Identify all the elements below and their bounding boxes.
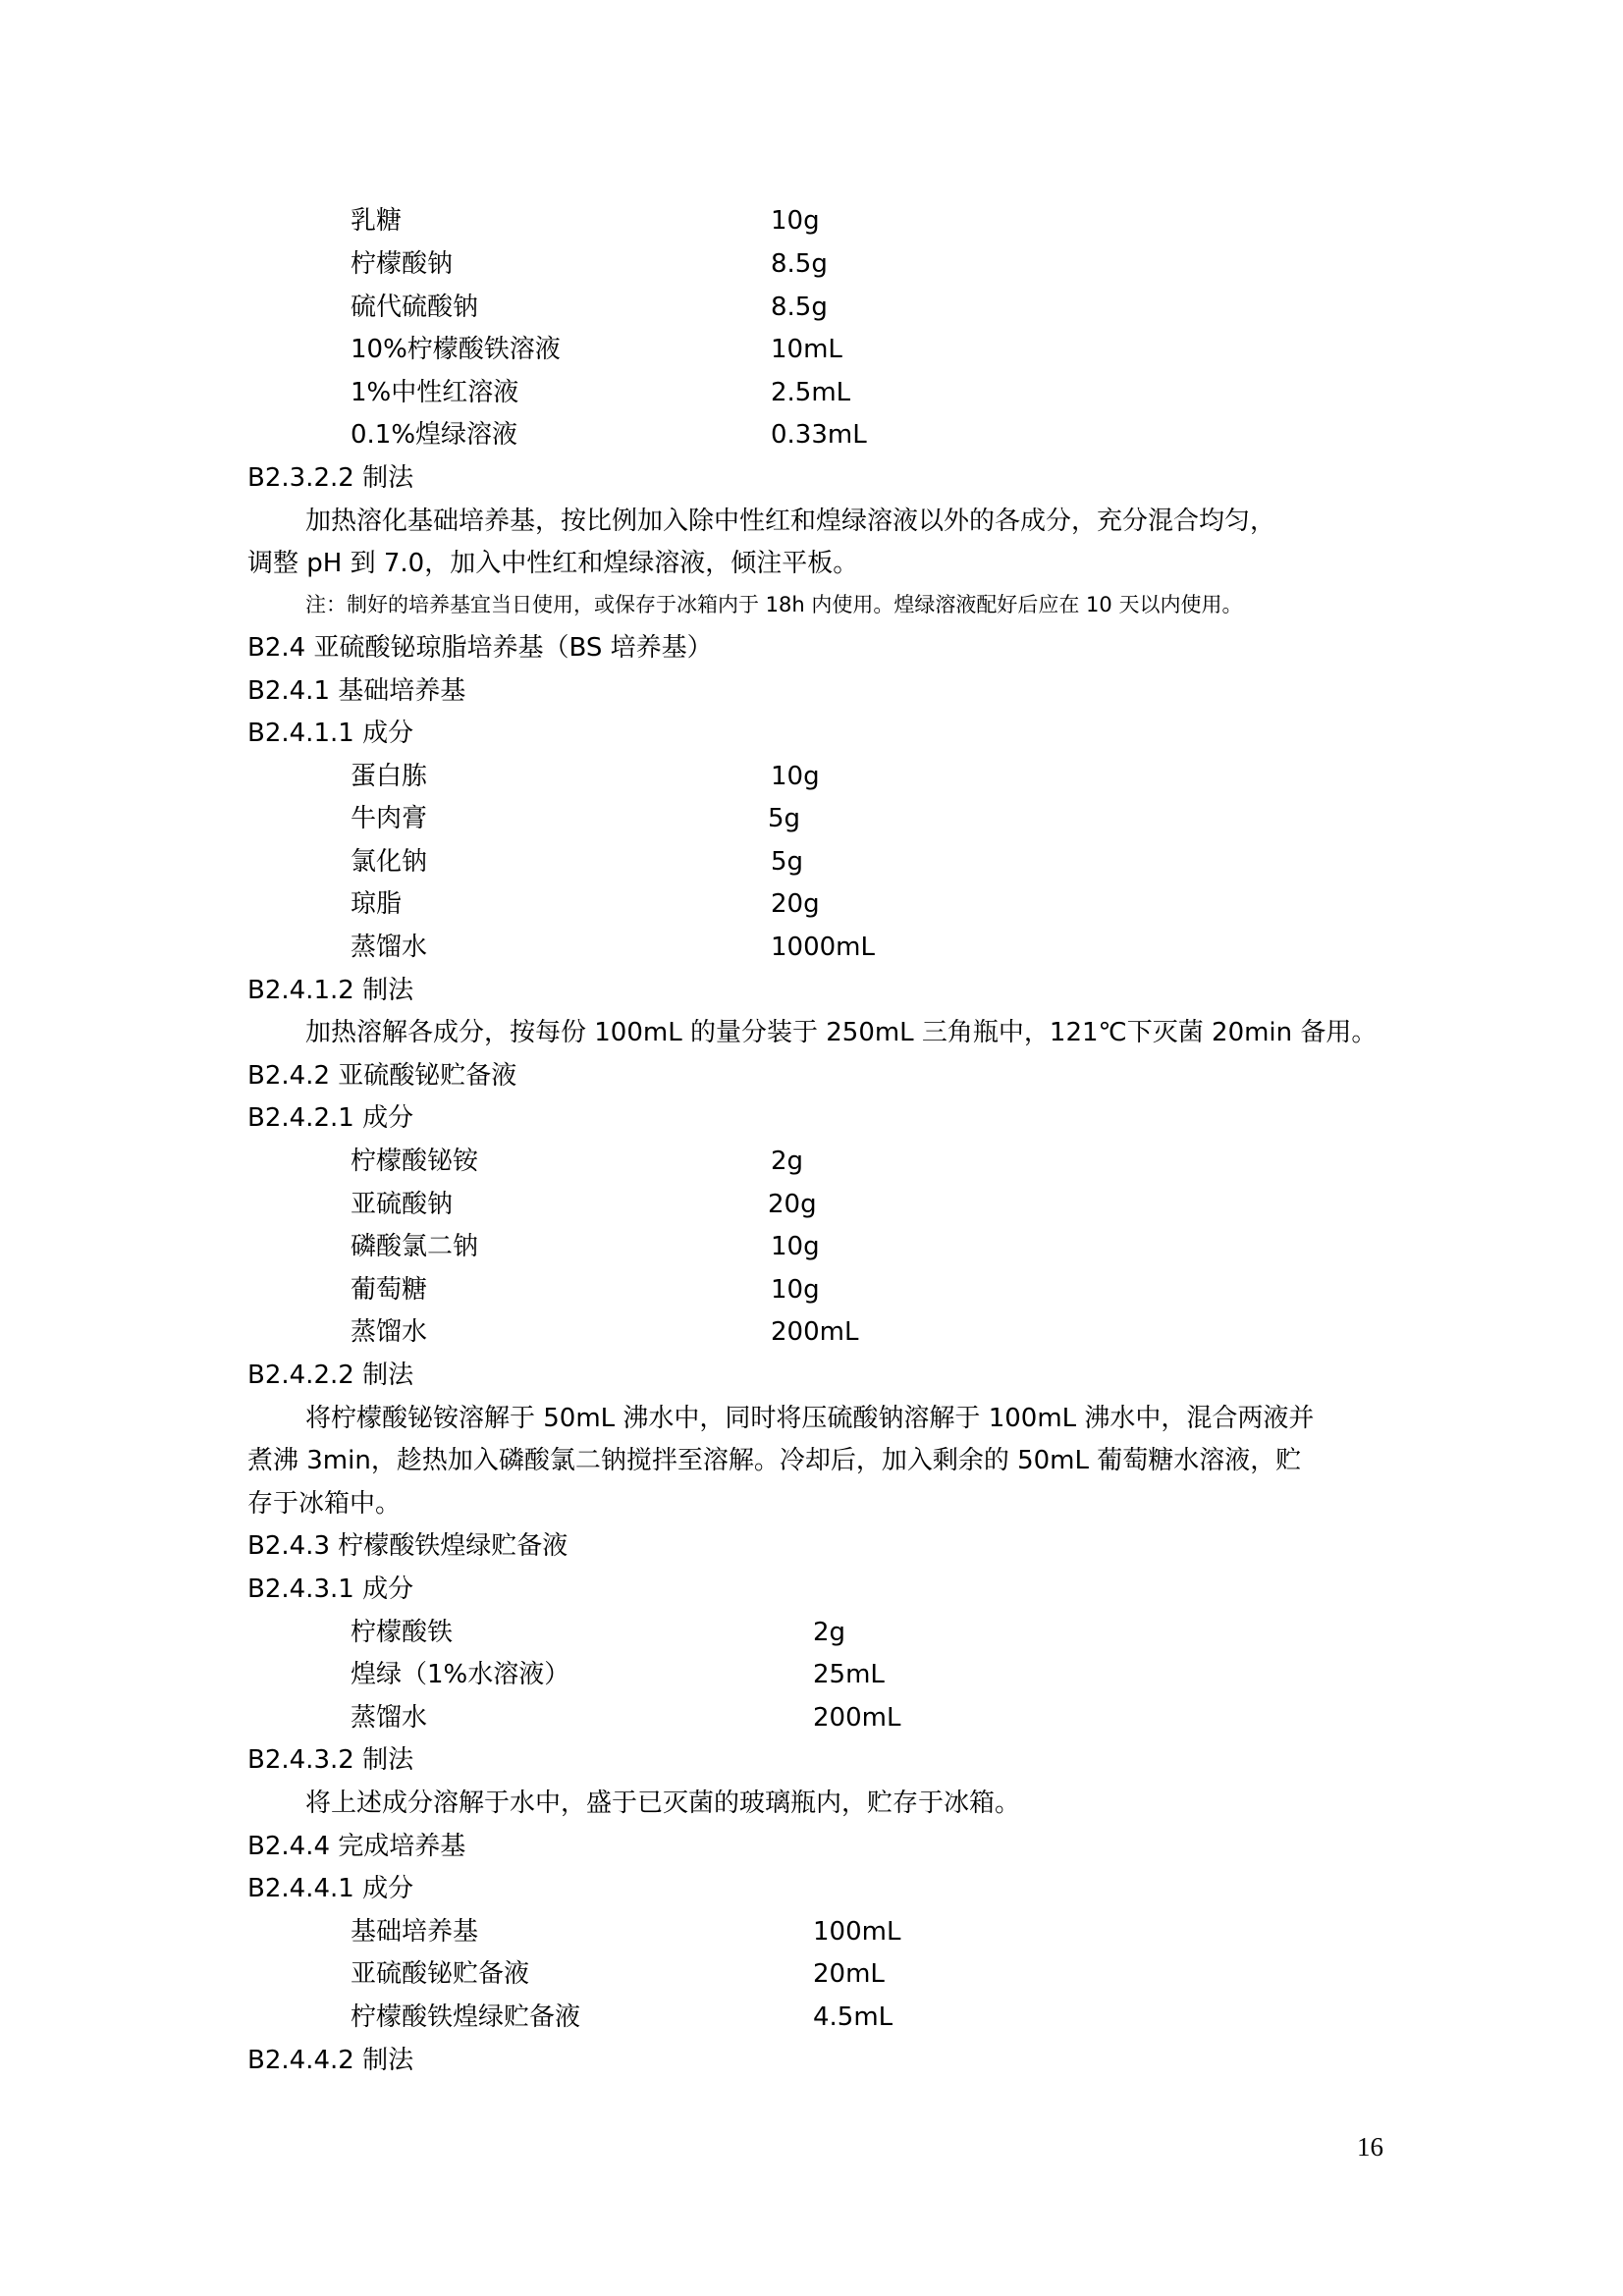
paragraph-text: 调整 pH 到 7.0，加入中性红和煌绿溶液，倾注平板。	[247, 542, 858, 585]
section-heading: B2.4.2.2 制法	[247, 1354, 413, 1397]
ingredient-amount: 10g	[771, 1225, 820, 1268]
paragraph-text: 加热溶化基础培养基，按比例加入除中性红和煌绿溶液以外的各成分，充分混合均匀，	[305, 500, 1275, 543]
section-heading: B2.4.1.1 成分	[247, 712, 413, 755]
ingredient-name: 亚硫酸钠	[351, 1183, 453, 1226]
ingredient-amount: 0.33mL	[771, 413, 867, 456]
ingredient-name: 琼脂	[351, 882, 402, 926]
ingredient-amount: 1000mL	[771, 926, 875, 969]
ingredient-amount: 10g	[771, 755, 820, 798]
section-heading: B2.4.4 完成培养基	[247, 1825, 465, 1868]
paragraph-text: 存于冰箱中。	[247, 1482, 401, 1525]
ingredient-name: 柠檬酸铁煌绿贮备液	[351, 1996, 580, 2039]
ingredient-name: 亚硫酸铋贮备液	[351, 1952, 529, 1996]
paragraph-text: 将上述成分溶解于水中，盛于已灭菌的玻璃瓶内，贮存于冰箱。	[305, 1782, 1020, 1825]
ingredient-name: 蒸馏水	[351, 1310, 427, 1354]
ingredient-name: 乳糖	[351, 199, 402, 242]
section-heading: B2.4 亚硫酸铋琼脂培养基（BS 培养基）	[247, 626, 713, 669]
ingredient-name: 氯化钠	[351, 840, 427, 883]
ingredient-amount: 100mL	[813, 1910, 900, 1953]
ingredient-name: 1%中性红溶液	[351, 371, 518, 414]
ingredient-name: 硫代硫酸钠	[351, 286, 478, 329]
ingredient-amount: 8.5g	[771, 286, 828, 329]
ingredient-name: 基础培养基	[351, 1910, 478, 1953]
ingredient-amount: 200mL	[813, 1696, 900, 1739]
ingredient-name: 0.1%煌绿溶液	[351, 413, 517, 456]
ingredient-name: 柠檬酸铋铵	[351, 1140, 478, 1183]
note-text: 注：制好的培养基宜当日使用，或保存于冰箱内于 18h 内使用。煌绿溶液配好后应在…	[305, 583, 1242, 626]
ingredient-amount: 2g	[771, 1140, 803, 1183]
ingredient-amount: 20g	[768, 1183, 817, 1226]
paragraph-text: 煮沸 3min，趁热加入磷酸氯二钠搅拌至溶解。冷却后，加入剩余的 50mL 葡萄…	[247, 1439, 1301, 1482]
section-heading: B2.4.3.2 制法	[247, 1738, 413, 1782]
section-heading: B2.4.1 基础培养基	[247, 669, 465, 713]
ingredient-amount: 10mL	[771, 328, 842, 371]
section-heading: B2.4.2 亚硫酸铋贮备液	[247, 1054, 516, 1097]
section-heading: B2.4.4.2 制法	[247, 2039, 413, 2082]
ingredient-name: 蒸馏水	[351, 926, 427, 969]
paragraph-text: 加热溶解各成分，按每份 100mL 的量分装于 250mL 三角瓶中，121℃下…	[305, 1011, 1377, 1054]
section-heading: B2.4.3 柠檬酸铁煌绿贮备液	[247, 1524, 568, 1568]
paragraph-text: 将柠檬酸铋铵溶解于 50mL 沸水中，同时将压硫酸钠溶解于 100mL 沸水中，…	[305, 1397, 1314, 1440]
section-heading: B2.4.2.1 成分	[247, 1096, 413, 1140]
ingredient-name: 磷酸氯二钠	[351, 1225, 478, 1268]
ingredient-amount: 4.5mL	[813, 1996, 893, 2039]
ingredient-amount: 8.5g	[771, 242, 828, 286]
section-heading: B2.4.4.1 成分	[247, 1867, 413, 1910]
ingredient-amount: 20g	[771, 882, 820, 926]
ingredient-name: 柠檬酸钠	[351, 242, 453, 286]
ingredient-name: 牛肉膏	[351, 797, 427, 840]
ingredient-amount: 5g	[768, 797, 800, 840]
ingredient-amount: 10g	[771, 1268, 820, 1311]
ingredient-amount: 5g	[771, 840, 803, 883]
ingredient-amount: 200mL	[771, 1310, 858, 1354]
ingredient-name: 葡萄糖	[351, 1268, 427, 1311]
ingredient-amount: 2g	[813, 1611, 845, 1654]
ingredient-name: 蛋白胨	[351, 755, 427, 798]
ingredient-amount: 10g	[771, 199, 820, 242]
ingredient-name: 10%柠檬酸铁溶液	[351, 328, 561, 371]
ingredient-amount: 2.5mL	[771, 371, 850, 414]
ingredient-amount: 20mL	[813, 1952, 885, 1996]
page-number: 16	[1357, 2132, 1383, 2163]
ingredient-name: 煌绿（1%水溶液）	[351, 1653, 569, 1696]
ingredient-amount: 25mL	[813, 1653, 885, 1696]
ingredient-name: 柠檬酸铁	[351, 1611, 453, 1654]
section-heading: B2.4.1.2 制法	[247, 969, 413, 1012]
section-heading: B2.3.2.2 制法	[247, 456, 413, 500]
section-heading: B2.4.3.1 成分	[247, 1568, 413, 1611]
ingredient-name: 蒸馏水	[351, 1696, 427, 1739]
